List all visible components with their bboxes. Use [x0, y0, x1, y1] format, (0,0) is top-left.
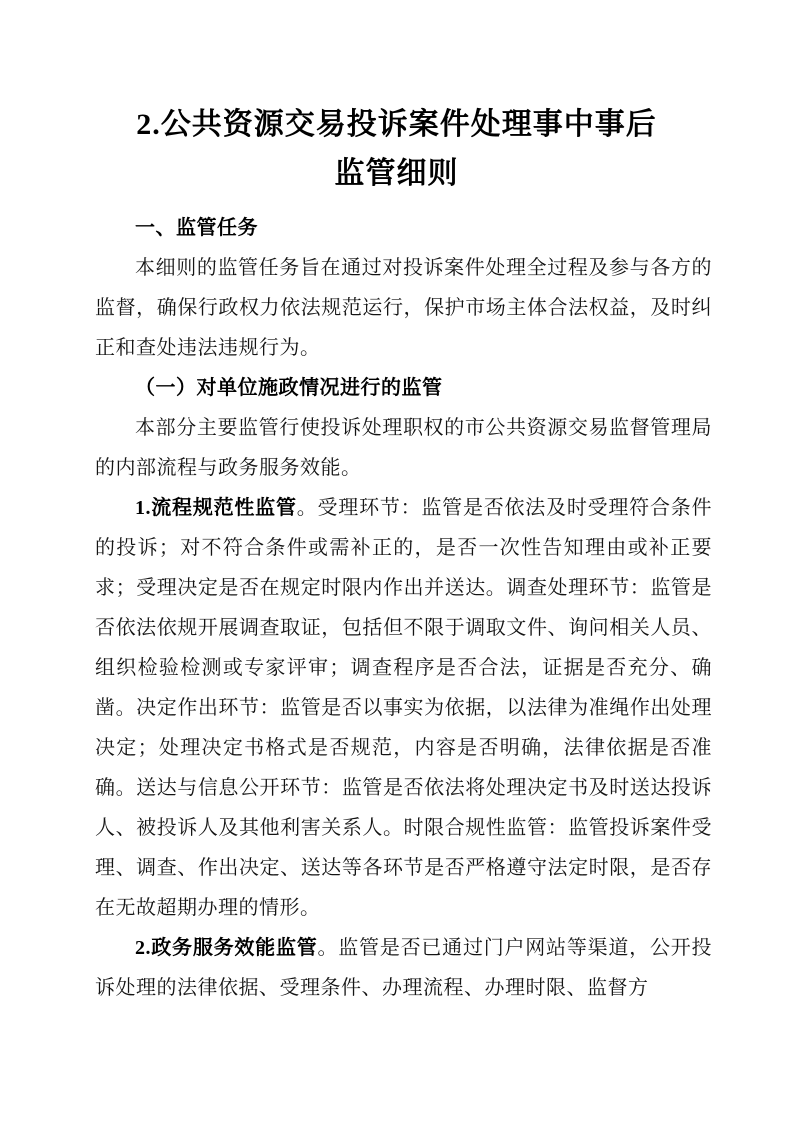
paragraph-service-efficiency: 2.政务服务效能监管。监管是否已通过门户网站等渠道，公开投诉处理的法律依据、受理…	[95, 928, 712, 1008]
paragraph-service-efficiency-lead: 2.政务服务效能监管	[135, 937, 318, 959]
paragraph-process-compliance-lead: 1.流程规范性监管	[135, 497, 297, 519]
document-page: 2.公共资源交易投诉案件处理事中事后 监管细则 一、监管任务 本细则的监管任务旨…	[0, 0, 793, 1122]
document-title-line1: 2.公共资源交易投诉案件处理事中事后	[0, 100, 793, 149]
paragraph-process-compliance: 1.流程规范性监管。受理环节：监管是否依法及时受理符合条件的投诉；对不符合条件或…	[95, 488, 712, 928]
subsection-heading-unit-administration: （一）对单位施政情况进行的监管	[95, 368, 712, 408]
paragraph-supervision-tasks: 本细则的监管任务旨在通过对投诉案件处理全过程及参与各方的监督，确保行政权力依法规…	[95, 248, 712, 368]
document-body: 一、监管任务 本细则的监管任务旨在通过对投诉案件处理全过程及参与各方的监督，确保…	[95, 208, 712, 1008]
section-heading-supervision-tasks: 一、监管任务	[95, 208, 712, 248]
paragraph-process-compliance-body: 。受理环节：监管是否依法及时受理符合条件的投诉；对不符合条件或需补正的，是否一次…	[95, 497, 712, 919]
document-title: 2.公共资源交易投诉案件处理事中事后 监管细则	[0, 100, 793, 198]
document-title-line2: 监管细则	[0, 149, 793, 198]
paragraph-subsection-intro: 本部分主要监管行使投诉处理职权的市公共资源交易监督管理局的内部流程与政务服务效能…	[95, 408, 712, 488]
